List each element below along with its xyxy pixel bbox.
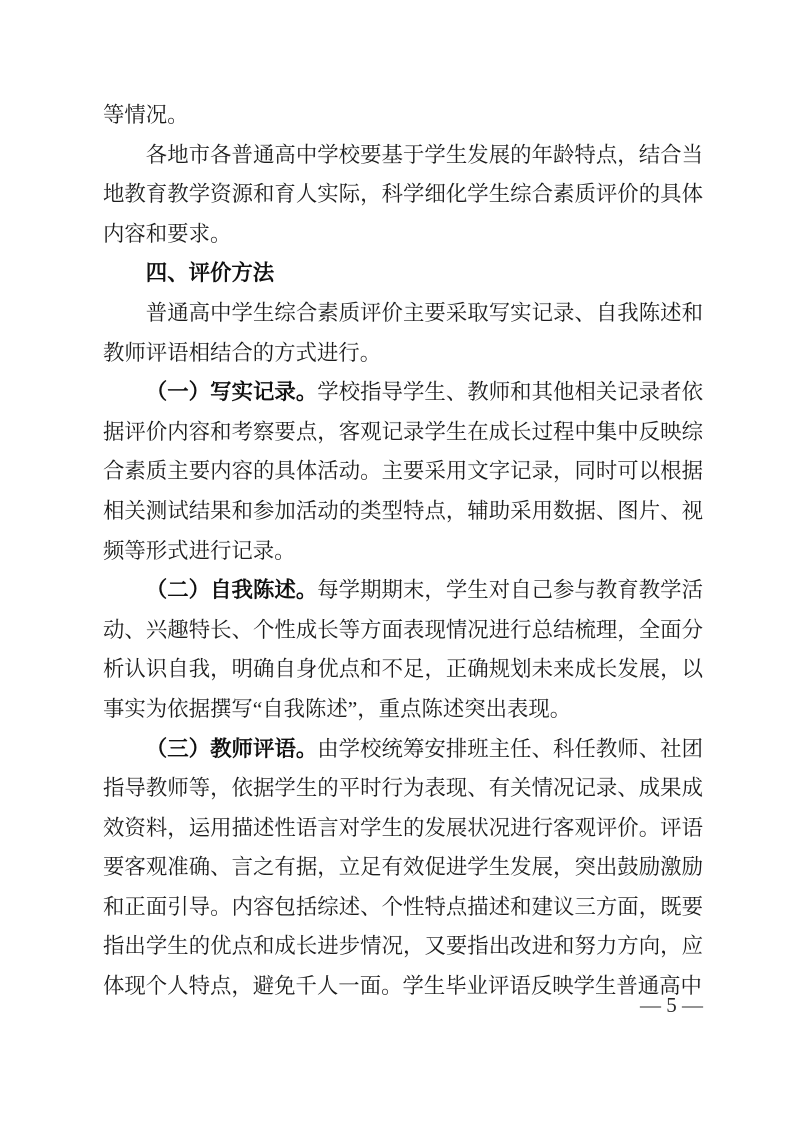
paragraph-teacher-comments: （三）教师评语。由学校统筹安排班主任、科任教师、社团指导教师等，依据学生的平时行… xyxy=(103,730,703,1007)
paragraph-text-factual-record: 学校指导学生、教师和其他相关记录者依据评价内容和考察要点，客观记录学生在成长过程… xyxy=(103,380,703,562)
paragraph-lead-factual-record: （一）写实记录。 xyxy=(146,380,317,404)
paragraph-factual-record: （一）写实记录。学校指导学生、教师和其他相关记录者依据评价内容和考察要点，客观记… xyxy=(103,373,703,571)
document-page: 等情况。 各地市各普通高中学校要基于学生发展的年龄特点，结合当地教育教学资源和育… xyxy=(0,0,793,1122)
paragraph-text-teacher-comments: 由学校统筹安排班主任、科任教师、社团指导教师等，依据学生的平时行为表现、有关情况… xyxy=(103,737,703,999)
paragraph-lead-teacher-comments: （三）教师评语。 xyxy=(146,737,317,761)
paragraph-methods-overview: 普通高中学生综合素质评价主要采取写实记录、自我陈述和教师评语相结合的方式进行。 xyxy=(103,294,703,373)
paragraph-city-requirements: 各地市各普通高中学校要基于学生发展的年龄特点，结合当地教育教学资源和育人实际，科… xyxy=(103,136,703,255)
paragraph-lead-self-statement: （二）自我陈述。 xyxy=(146,578,317,602)
document-content: 等情况。 各地市各普通高中学校要基于学生发展的年龄特点，结合当地教育教学资源和育… xyxy=(103,96,703,1007)
paragraph-continuation: 等情况。 xyxy=(103,96,703,136)
paragraph-self-statement: （二）自我陈述。每学期期末，学生对自己参与教育教学活动、兴趣特长、个性成长等方面… xyxy=(103,571,703,729)
page-number: — 5 — xyxy=(103,992,703,1018)
section-heading-evaluation-methods: 四、评价方法 xyxy=(103,254,703,294)
